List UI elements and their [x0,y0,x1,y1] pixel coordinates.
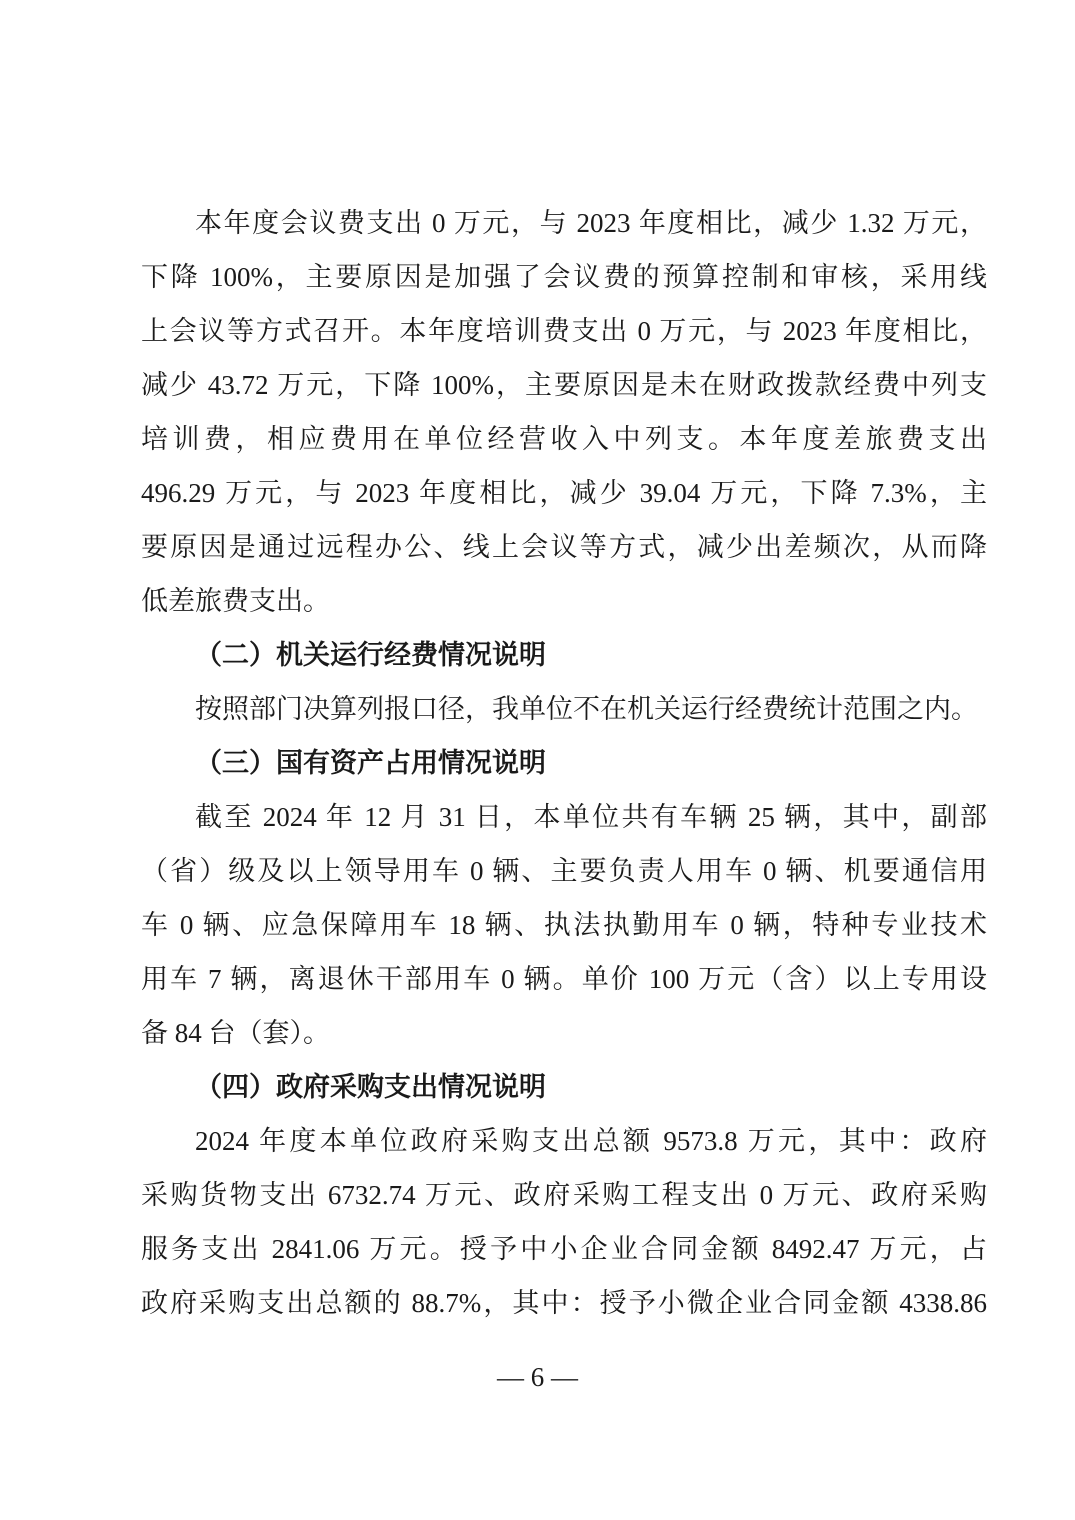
section-4-heading: （四）政府采购支出情况说明 [141,1060,987,1114]
section-3-paragraph-line-3: 车 0 辆、应急保障用车 18 辆、执法执勤用车 0 辆，特种专业技术 [141,898,987,952]
section-4-paragraph-line-1: 2024 年度本单位政府采购支出总额 9573.8 万元，其中：政府 [141,1114,987,1168]
page-number: — 6 — [0,1360,1075,1394]
section-2-paragraph-line-1: 按照部门决算列报口径，我单位不在机关运行经费统计范围之内。 [141,682,987,736]
intro-paragraph-line-6: 496.29 万元，与 2023 年度相比，减少 39.04 万元，下降 7.3… [141,466,987,520]
section-4-paragraph-line-4: 政府采购支出总额的 88.7%，其中：授予小微企业合同金额 4338.86 [141,1276,987,1330]
intro-paragraph-line-7: 要原因是通过远程办公、线上会议等方式，减少出差频次，从而降 [141,520,987,574]
intro-paragraph-line-4: 减少 43.72 万元，下降 100%，主要原因是未在财政拨款经费中列支 [141,358,987,412]
intro-paragraph-line-8: 低差旅费支出。 [141,574,987,628]
section-3-paragraph-line-1: 截至 2024 年 12 月 31 日，本单位共有车辆 25 辆，其中，副部 [141,790,987,844]
section-3-paragraph-line-4: 用车 7 辆，离退休干部用车 0 辆。单价 100 万元（含）以上专用设 [141,952,987,1006]
document-page: 本年度会议费支出 0 万元，与 2023 年度相比，减少 1.32 万元， 下降… [0,0,1075,1520]
section-3-heading: （三）国有资产占用情况说明 [141,736,987,790]
intro-paragraph-line-3: 上会议等方式召开。本年度培训费支出 0 万元，与 2023 年度相比， [141,304,987,358]
section-3-paragraph-line-2: （省）级及以上领导用车 0 辆、主要负责人用车 0 辆、机要通信用 [141,844,987,898]
section-4-paragraph-line-3: 服务支出 2841.06 万元。授予中小企业合同金额 8492.47 万元，占 [141,1222,987,1276]
intro-paragraph-line-2: 下降 100%，主要原因是加强了会议费的预算控制和审核，采用线 [141,250,987,304]
section-3-paragraph-line-5: 备 84 台（套）。 [141,1006,987,1060]
intro-paragraph-line-1: 本年度会议费支出 0 万元，与 2023 年度相比，减少 1.32 万元， [141,196,987,250]
section-2-heading: （二）机关运行经费情况说明 [141,628,987,682]
intro-paragraph-line-5: 培训费，相应费用在单位经营收入中列支。本年度差旅费支出 [141,412,987,466]
document-content: 本年度会议费支出 0 万元，与 2023 年度相比，减少 1.32 万元， 下降… [141,196,987,1330]
section-4-paragraph-line-2: 采购货物支出 6732.74 万元、政府采购工程支出 0 万元、政府采购 [141,1168,987,1222]
